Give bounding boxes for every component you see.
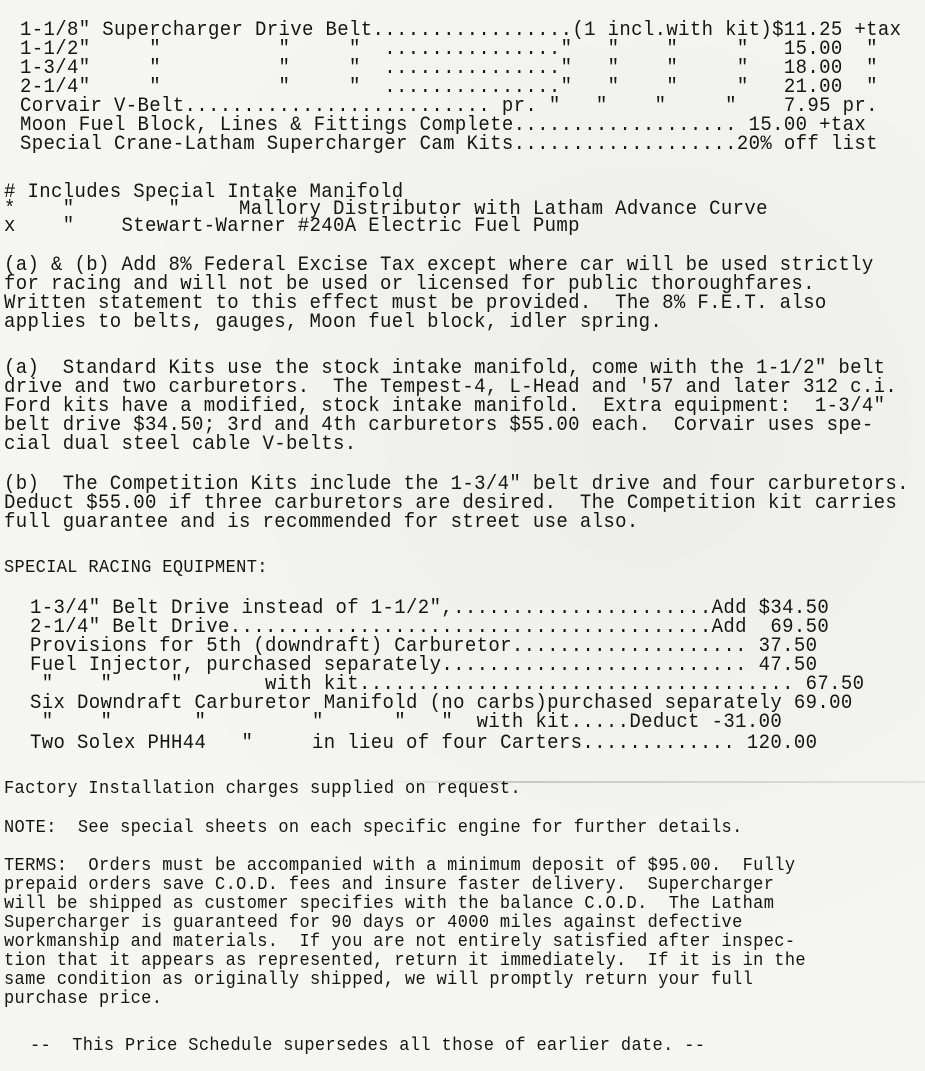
engine-sheets-note: NOTE: See special sheets on each specifi…: [4, 818, 743, 838]
scanned-page: 1-1/8" Supercharger Drive Belt..........…: [0, 0, 925, 1071]
terms-line: prepaid orders save C.O.D. fees and insu…: [4, 875, 774, 895]
terms-line: tion that it appears as represented, ret…: [4, 951, 806, 971]
terms-line: TERMS: Orders must be accompanied with a…: [4, 856, 795, 876]
racing-equipment-heading: SPECIAL RACING EQUIPMENT:: [4, 558, 268, 578]
standard-kits-line: cial dual steel cable V-belts.: [4, 434, 357, 454]
terms-line: purchase price.: [4, 989, 162, 1009]
terms-line: Supercharger is guaranteed for 90 days o…: [4, 913, 743, 933]
competition-kits-line: full guarantee and is recommended for st…: [4, 512, 639, 532]
price-line-cam-kits: Special Crane-Latham Supercharger Cam Ki…: [20, 134, 878, 154]
terms-line: workmanship and materials. If you are no…: [4, 932, 795, 952]
terms-line: will be shipped as customer specifies wi…: [4, 894, 774, 914]
terms-line: same condition as originally shipped, we…: [4, 970, 753, 990]
racing-item: Two Solex PHH44 " in lieu of four Carter…: [30, 733, 817, 753]
footnote-fuel-pump: x " Stewart-Warner #240A Electric Fuel P…: [4, 216, 580, 236]
installation-note: Factory Installation charges supplied on…: [4, 779, 521, 799]
tax-note-line: applies to belts, gauges, Moon fuel bloc…: [4, 312, 662, 332]
closing-statement: -- This Price Schedule supersedes all th…: [30, 1036, 705, 1056]
racing-item: " " " " " " with kit.....Deduct -31.00: [30, 712, 782, 732]
